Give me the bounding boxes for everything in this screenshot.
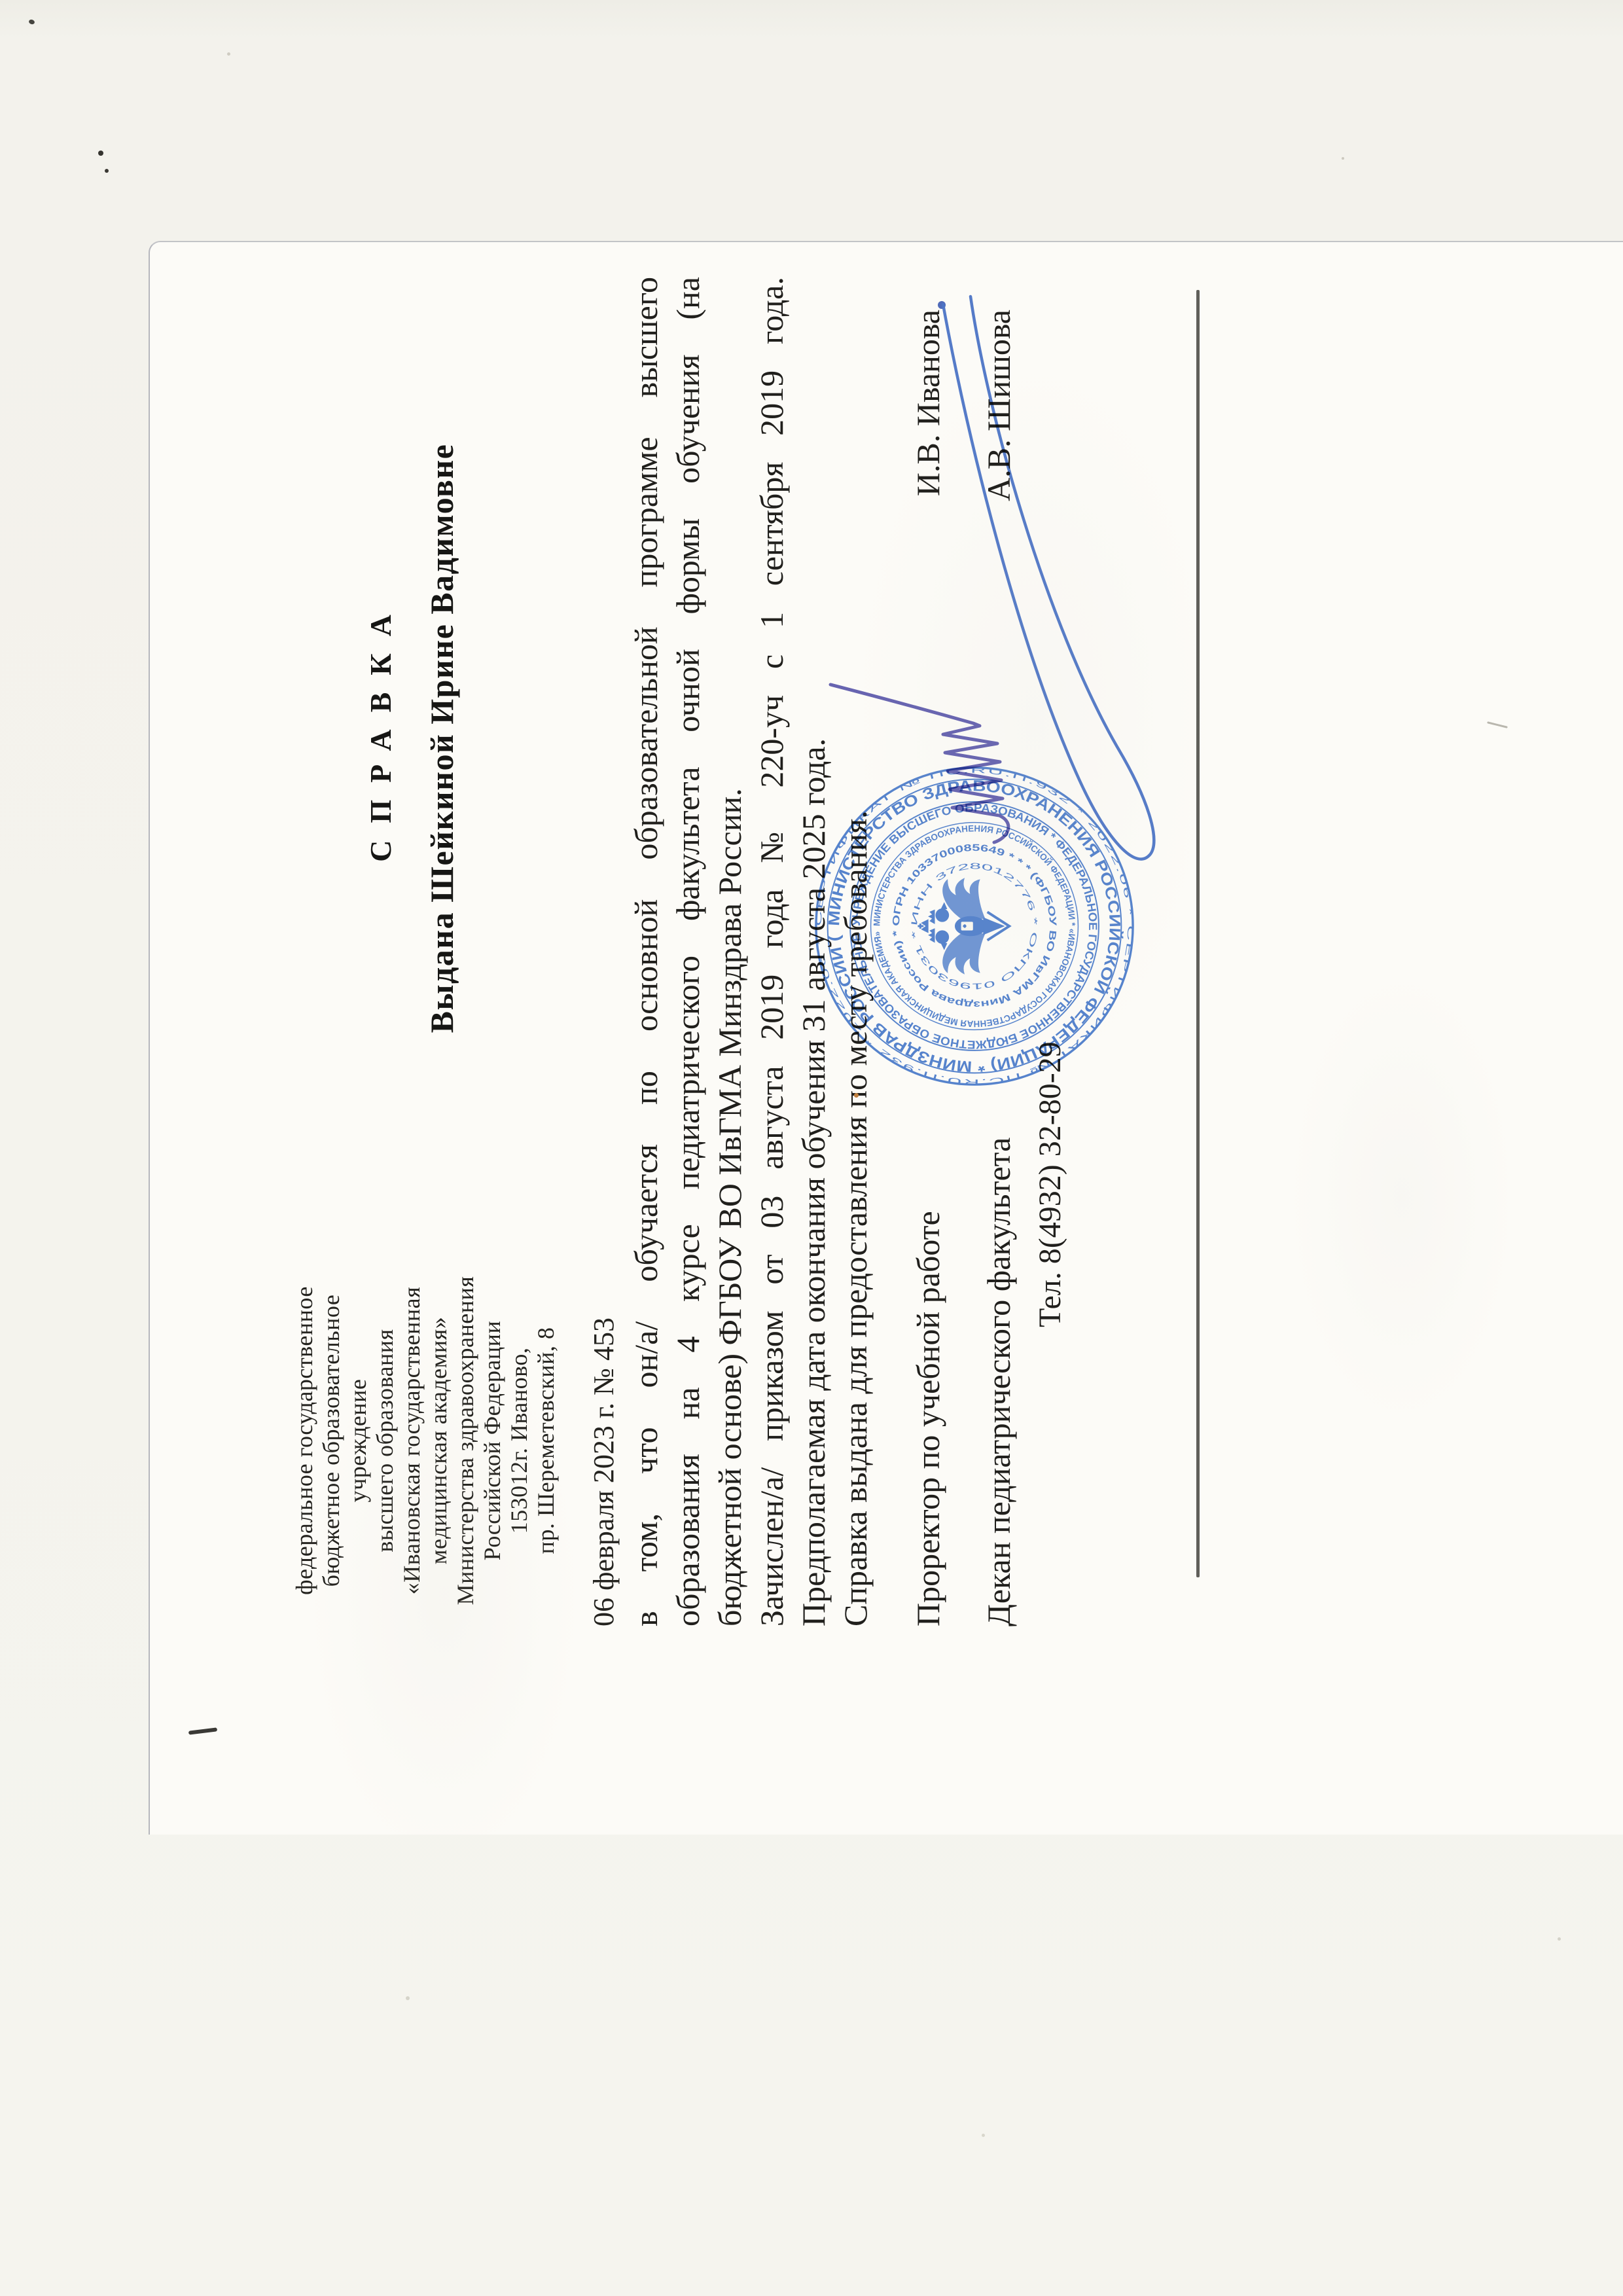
fold-crease-line xyxy=(1196,290,1200,1577)
body-line: образования на 4 курсе педиатрического ф… xyxy=(667,277,709,1626)
dust-speck xyxy=(1342,157,1344,160)
body-line: бюджетной основе) ФГБОУ ВО ИвГМА Минздра… xyxy=(709,277,751,1626)
signature-label: Декан педиатрического факультета xyxy=(980,1138,1018,1626)
letterhead-line: бюджетное образовательное xyxy=(318,1247,345,1634)
body-line: Зачислен/а/ приказом от 03 августа 2019 … xyxy=(751,277,793,1626)
certificate-title: СПРАВКА xyxy=(363,231,398,1246)
scanned-page: федеральное государственное бюджетное об… xyxy=(0,0,1623,2296)
letterhead-line: пр. Шереметевский, 8 xyxy=(533,1247,560,1634)
date-number-line: 06 февраля 2023 г. № 453 xyxy=(587,1318,620,1626)
letterhead-line: высшего образования xyxy=(372,1247,399,1634)
letterhead-line: Российской Федерации xyxy=(479,1247,506,1634)
dust-speck xyxy=(1558,1937,1561,1941)
letterhead-line: 153012г. Иваново, xyxy=(506,1247,533,1634)
letterhead-line: Министерства здравоохранения xyxy=(452,1247,479,1634)
dust-speck xyxy=(854,1093,859,1098)
double-headed-eagle-emblem xyxy=(918,878,1009,974)
signature-label: Проректор по учебной работе xyxy=(909,1211,947,1626)
official-stamp: СЕРТИФИКАТ № ПС.RU.П.932 * 2022.06 * СЕР… xyxy=(813,765,1135,1087)
dust-speck xyxy=(28,19,35,26)
dust-speck xyxy=(98,151,103,156)
letterhead-line: федеральное государственное xyxy=(291,1247,318,1634)
dust-speck xyxy=(227,52,230,56)
title-block: СПРАВКА Выдана Шейкиной Ирине Вадимовне xyxy=(150,231,461,1246)
letterhead-block: федеральное государственное бюджетное об… xyxy=(291,1247,560,1634)
dust-speck xyxy=(105,169,109,173)
dust-speck xyxy=(406,1996,410,2000)
letterhead-line: учреждение xyxy=(345,1247,372,1634)
body-line: в том, что он/а/ обучается по основной о… xyxy=(625,277,667,1626)
signature-name: А.В. Шишова xyxy=(980,310,1018,501)
letterhead-line: «Ивановская государственная xyxy=(399,1247,425,1634)
document-paper: федеральное государственное бюджетное об… xyxy=(149,241,1623,1835)
signature-name: И.В. Иванова xyxy=(909,310,947,496)
letterhead-line: медицинская академия» xyxy=(425,1247,452,1634)
issued-to-line: Выдана Шейкиной Ирине Вадимовне xyxy=(423,231,461,1246)
dust-speck xyxy=(982,2134,985,2137)
